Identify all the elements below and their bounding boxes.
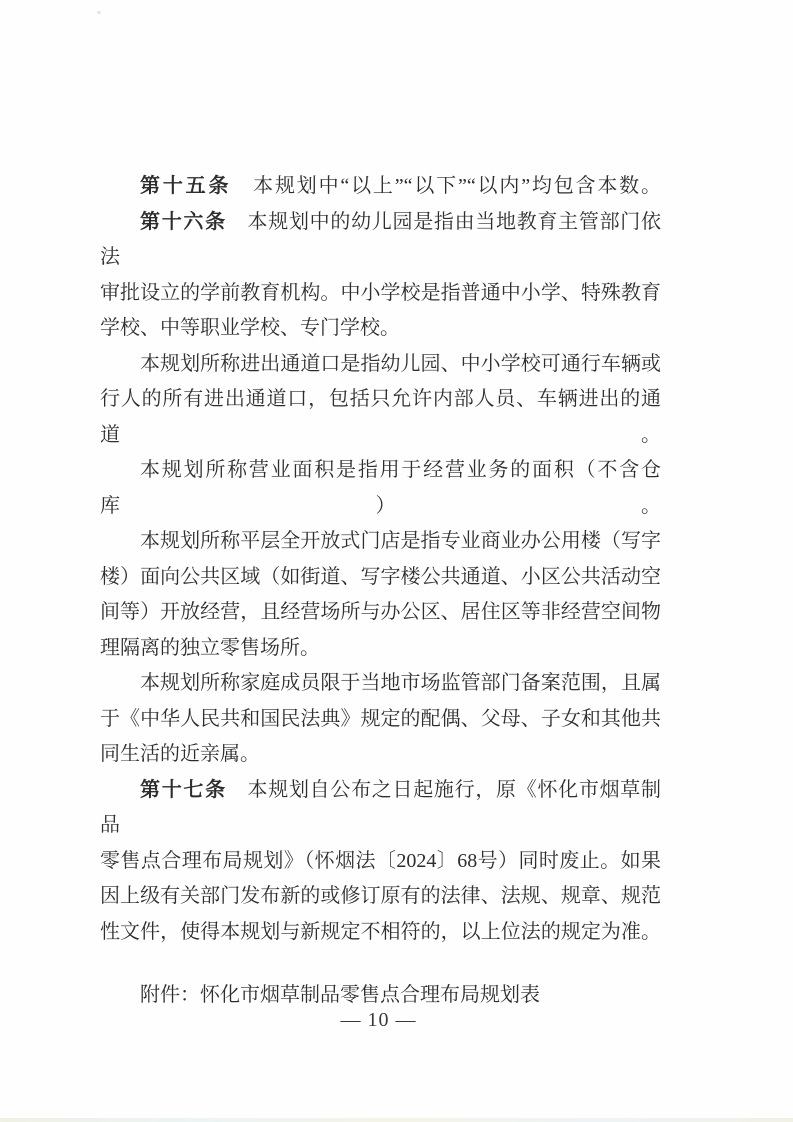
text-line: 性文件，使得本规划与新规定不相符的，以上位法的规定为准。 bbox=[100, 915, 661, 951]
text-line: 审批设立的学前教育机构。中小学校是指普通中小学、特殊教育 bbox=[100, 276, 661, 312]
text-line: 因上级有关部门发布新的或修订原有的法律、法规、规章、规范 bbox=[100, 879, 661, 915]
definition-entrances: 本规划所称进出通道口是指幼儿园、中小学校可通行车辆或行人的所有进出通道口，包括只… bbox=[100, 347, 661, 454]
text-line: 本规划所称平层全开放式门店是指专业商业办公用楼（写字 bbox=[100, 524, 661, 560]
body-text: 本规划所称进出通道口是指幼儿园、中小学校可通行车辆或 bbox=[140, 353, 661, 375]
text-line: 于《中华人民共和国民法典》规定的配偶、父母、子女和其他共 bbox=[100, 702, 661, 738]
body-text: 零售点合理布局规划》（怀烟法〔2024〕68号）同时废止。如果 bbox=[100, 850, 661, 872]
text-line: 同生活的近亲属。 bbox=[100, 737, 661, 773]
text-line: 第十五条 本规划中“以上”“以下”“以内”均包含本数。 bbox=[100, 169, 661, 205]
text-line: 第十七条 本规划自公布之日起施行，原《怀化市烟草制品 bbox=[100, 773, 661, 844]
scan-artifact-speck bbox=[97, 11, 101, 14]
article-15: 第十五条 本规划中“以上”“以下”“以内”均包含本数。 bbox=[100, 169, 661, 205]
body-text: 本规划所称家庭成员限于当地市场监管部门备案范围，且属 bbox=[140, 672, 661, 694]
body-text: 性文件，使得本规划与新规定不相符的，以上位法的规定为准。 bbox=[100, 921, 661, 943]
body-text: 间等）开放经营，且经营场所与办公区、居住区等非经营空间物 bbox=[100, 601, 661, 623]
body-text: 楼）面向公共区域（如街道、写字楼公共通道、小区公共活动空 bbox=[100, 566, 661, 588]
text-line: 行人的所有进出通道口，包括只允许内部人员、车辆进出的通道。 bbox=[100, 382, 661, 453]
article-heading: 第十六条 bbox=[140, 211, 227, 233]
body-text: 本规划所称营业面积是指用于经营业务的面积（不含仓库）。 bbox=[100, 459, 661, 517]
body-text: 于《中华人民共和国民法典》规定的配偶、父母、子女和其他共 bbox=[100, 708, 661, 730]
scanned-document-page: 第十五条 本规划中“以上”“以下”“以内”均包含本数。第十六条 本规划中的幼儿园… bbox=[0, 0, 793, 1122]
article-heading: 第十七条 bbox=[140, 779, 227, 801]
text-line: 第十六条 本规划中的幼儿园是指由当地教育主管部门依法 bbox=[100, 205, 661, 276]
article-heading: 第十五条 bbox=[140, 175, 231, 197]
article-16: 第十六条 本规划中的幼儿园是指由当地教育主管部门依法审批设立的学前教育机构。中小… bbox=[100, 205, 661, 347]
body-text: 因上级有关部门发布新的或修订原有的法律、法规、规章、规范 bbox=[100, 885, 661, 907]
body-text: 本规划所称平层全开放式门店是指专业商业办公用楼（写字 bbox=[140, 530, 661, 552]
body-text: 行人的所有进出通道口，包括只允许内部人员、车辆进出的通道。 bbox=[100, 388, 661, 446]
definition-open-storefront: 本规划所称平层全开放式门店是指专业商业办公用楼（写字楼）面向公共区域（如街道、写… bbox=[100, 524, 661, 666]
text-line: 零售点合理布局规划》（怀烟法〔2024〕68号）同时废止。如果 bbox=[100, 844, 661, 880]
text-line: 楼）面向公共区域（如街道、写字楼公共通道、小区公共活动空 bbox=[100, 560, 661, 596]
text-line: 理隔离的独立零售场所。 bbox=[100, 631, 661, 667]
body-text: 理隔离的独立零售场所。 bbox=[100, 637, 320, 659]
text-line: 间等）开放经营，且经营场所与办公区、居住区等非经营空间物 bbox=[100, 595, 661, 631]
page-number: — 10 — bbox=[0, 1004, 757, 1036]
body-text: 学校、中等职业学校、专门学校。 bbox=[100, 317, 400, 339]
text-line: 本规划所称家庭成员限于当地市场监管部门备案范围，且属 bbox=[100, 666, 661, 702]
body-text: 审批设立的学前教育机构。中小学校是指普通中小学、特殊教育 bbox=[100, 282, 661, 304]
text-line: 学校、中等职业学校、专门学校。 bbox=[100, 311, 661, 347]
document-body: 第十五条 本规划中“以上”“以下”“以内”均包含本数。第十六条 本规划中的幼儿园… bbox=[100, 169, 661, 1014]
body-text: 附件：怀化市烟草制品零售点合理布局规划表 bbox=[140, 984, 540, 1006]
text-line: 本规划所称营业面积是指用于经营业务的面积（不含仓库）。 bbox=[100, 453, 661, 524]
article-17: 第十七条 本规划自公布之日起施行，原《怀化市烟草制品零售点合理布局规划》（怀烟法… bbox=[100, 773, 661, 951]
definition-business-area: 本规划所称营业面积是指用于经营业务的面积（不含仓库）。 bbox=[100, 453, 661, 524]
definition-family-members: 本规划所称家庭成员限于当地市场监管部门备案范围，且属于《中华人民共和国民法典》规… bbox=[100, 666, 661, 773]
scan-artifact-bottom-edge bbox=[0, 1118, 793, 1122]
body-text: 本规划中“以上”“以下”“以内”均包含本数。 bbox=[231, 175, 661, 197]
body-text: 同生活的近亲属。 bbox=[100, 743, 260, 765]
text-line: 本规划所称进出通道口是指幼儿园、中小学校可通行车辆或 bbox=[100, 347, 661, 383]
